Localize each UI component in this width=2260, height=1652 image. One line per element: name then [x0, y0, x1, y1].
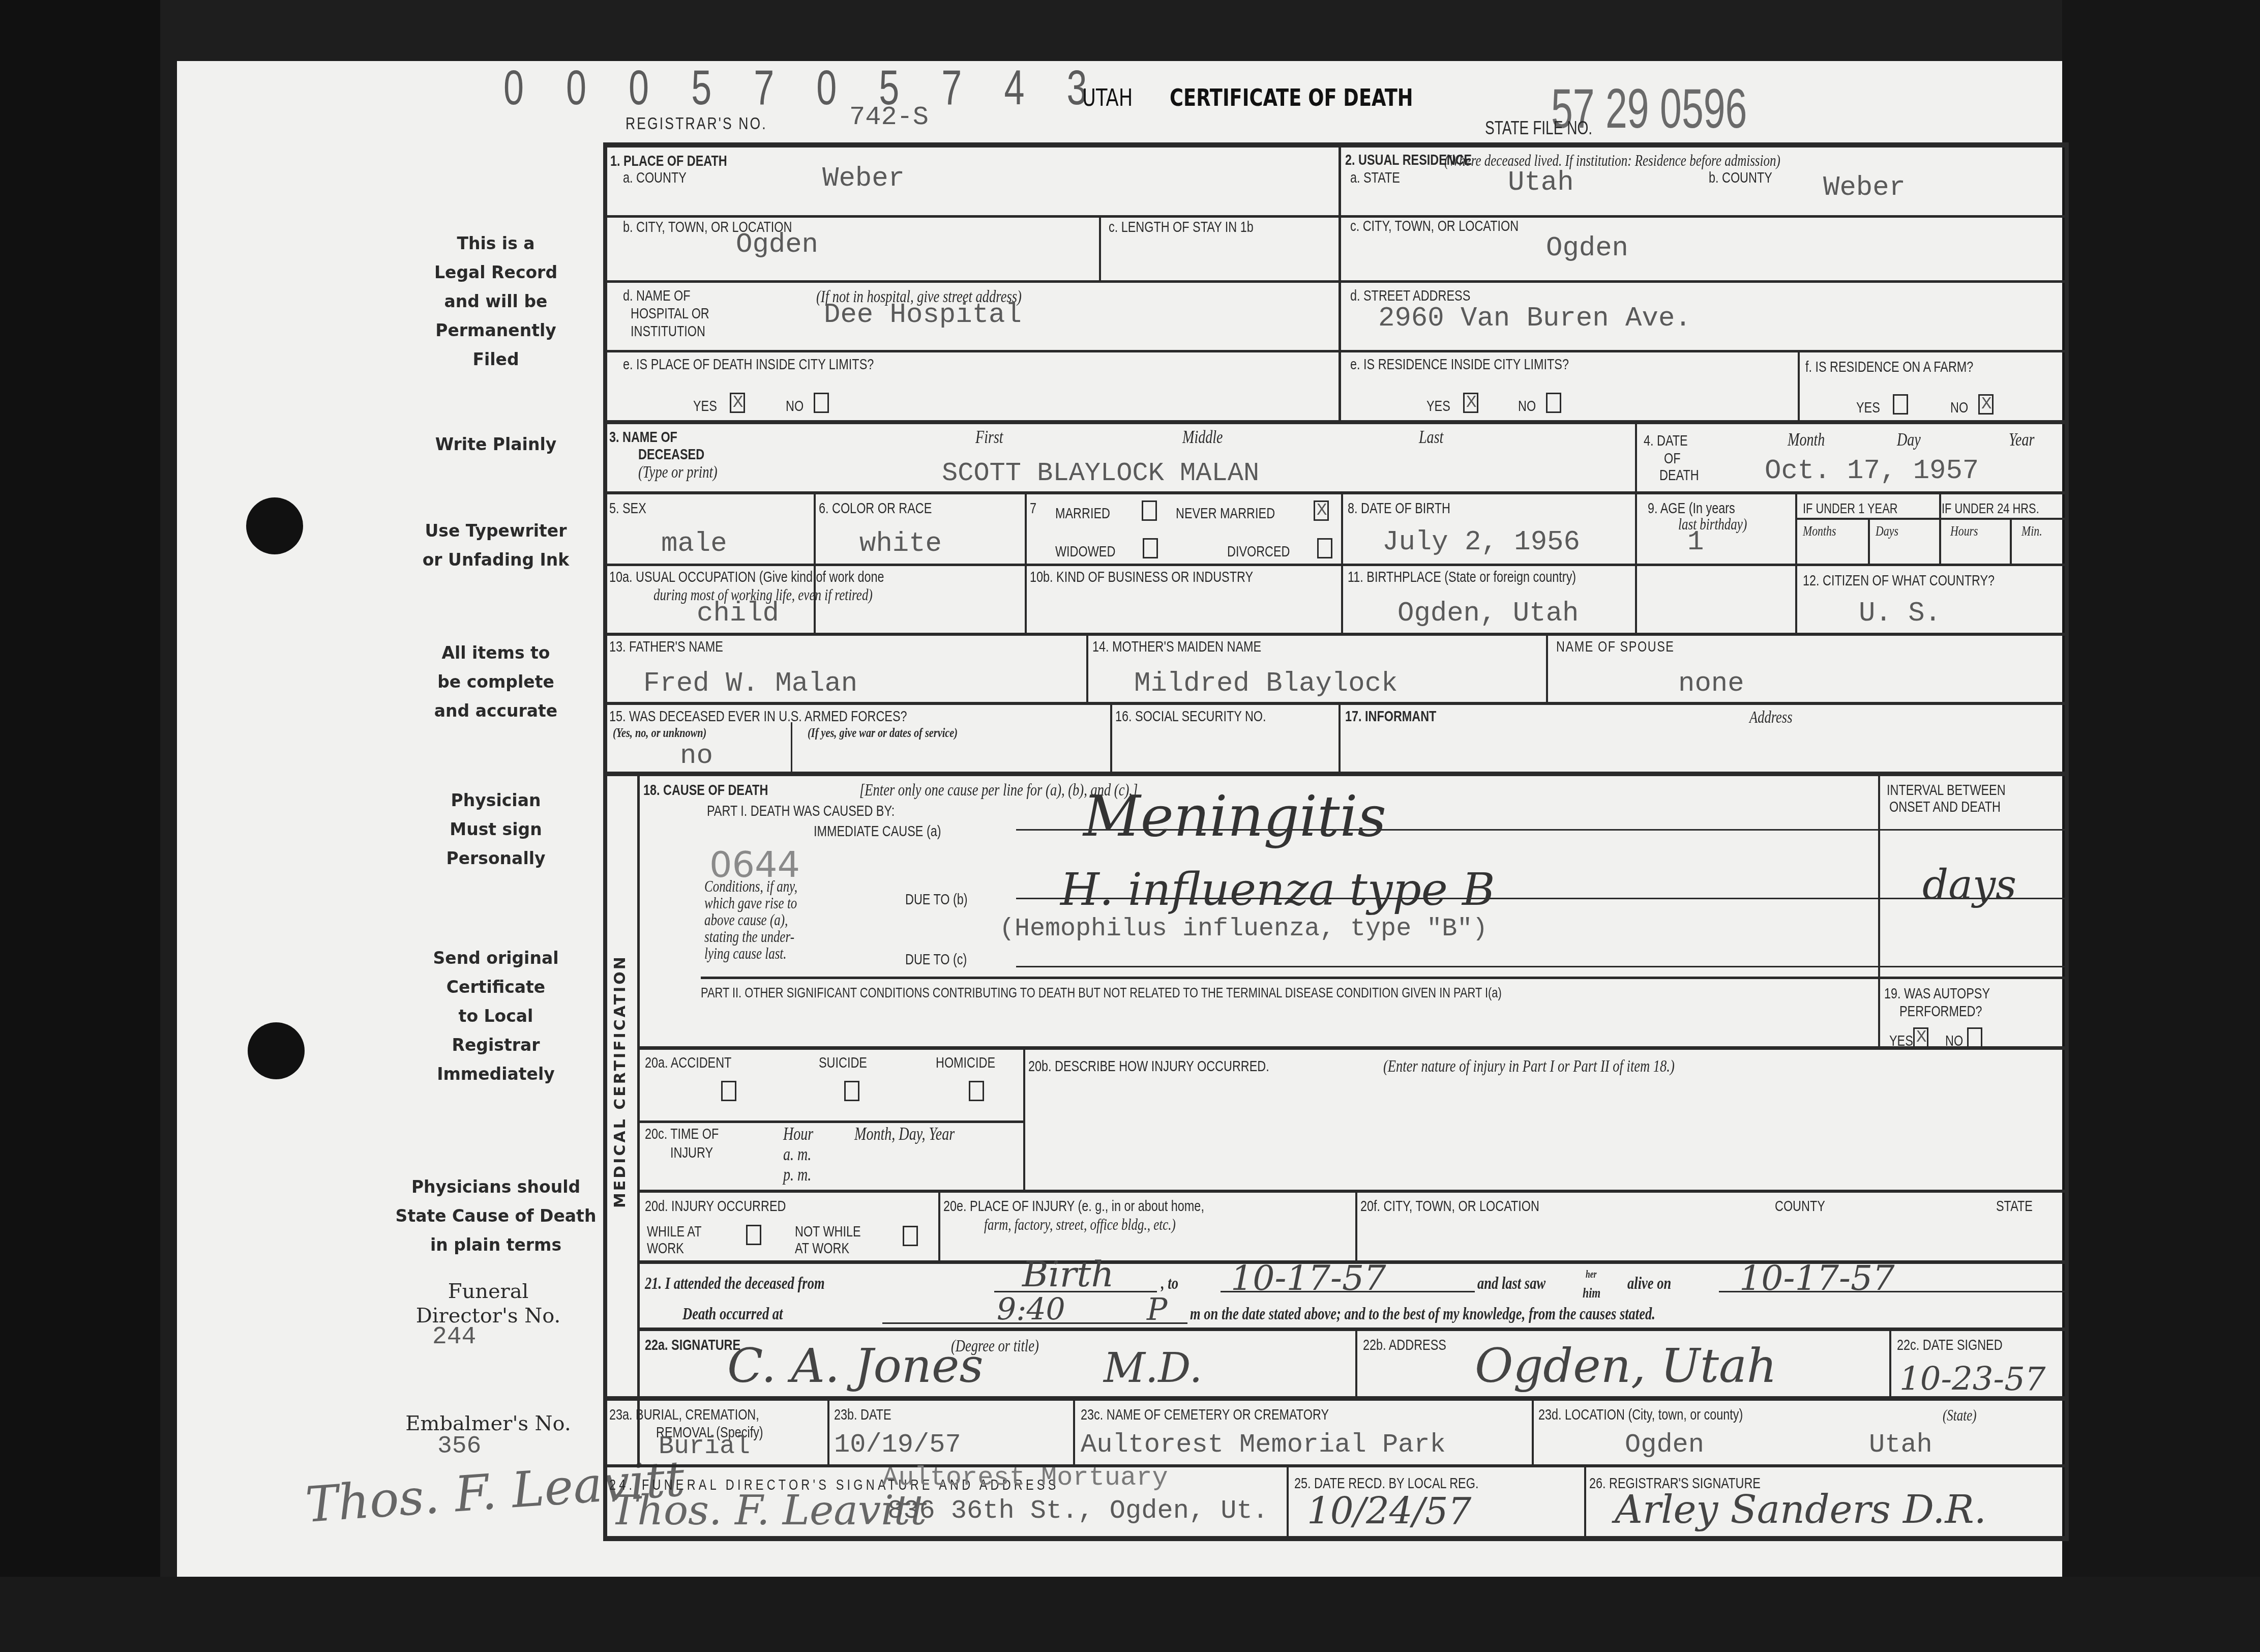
sex-label: 5. SEX	[609, 500, 646, 517]
yes-label: YES	[1889, 1032, 1913, 1049]
divider	[605, 215, 2067, 218]
mdy-label: Month, Day, Year	[854, 1124, 955, 1144]
business-label: 10b. KIND OF BUSINESS OR INDUSTRY	[1030, 569, 1253, 585]
death-inside-city-yes-checkbox[interactable]	[730, 393, 745, 413]
cemetery-label: 23c. NAME OF CEMETERY OR CREMATORY	[1081, 1406, 1329, 1423]
divider	[2010, 519, 2012, 565]
dob-label: 8. DATE OF BIRTH	[1348, 500, 1450, 517]
attended-from-value: Birth	[1022, 1256, 1114, 1292]
date-of-birth-value: July 2, 1956	[1382, 529, 1580, 556]
divider	[701, 977, 2067, 979]
death-statement: m on the date stated above; and to the b…	[1190, 1305, 1655, 1323]
divider	[605, 1396, 2067, 1401]
immediate-cause-label: IMMEDIATE CAUSE (a)	[814, 823, 941, 840]
res-county-label: b. COUNTY	[1709, 169, 1772, 186]
due-to-b-value: H. influenza type B	[1060, 867, 1495, 912]
physician-address: Ogden, Utah	[1475, 1343, 1777, 1390]
funeral-director-no-label: Funeral Director's No.	[386, 1279, 590, 1328]
spouse-value: none	[1678, 670, 1744, 698]
race-label: 6. COLOR OR RACE	[819, 500, 932, 517]
dod-label-2: OF	[1664, 450, 1681, 467]
place-of-death-label: 1. PLACE OF DEATH	[610, 153, 727, 169]
page-title: CERTIFICATE OF DEATH	[1170, 84, 1413, 111]
suicide-checkbox[interactable]	[844, 1081, 859, 1101]
medical-certification-label: MEDICAL CERTIFICATION	[611, 955, 629, 1208]
divider	[1099, 216, 1101, 281]
marital-label: 7	[1030, 500, 1036, 517]
divider	[1889, 1330, 1891, 1399]
death-ampm-value: P	[1147, 1294, 1167, 1325]
interval-label-2: ONSET AND DEATH	[1889, 799, 2001, 815]
homicide-checkbox[interactable]	[969, 1081, 984, 1101]
scan-border-left	[0, 0, 160, 1652]
place-of-injury-hint: farm, factory, street, office bldg., etc…	[984, 1216, 1176, 1233]
sex-value: male	[661, 530, 727, 558]
while-at-work-checkbox[interactable]	[746, 1225, 761, 1245]
never-married-label: NEVER MARRIED	[1176, 505, 1275, 522]
residence-inside-city-no-checkbox[interactable]	[1546, 393, 1561, 413]
margin-note: Use Typewriteror Unfading Ink	[376, 516, 615, 574]
margin-note: Write Plainly	[376, 430, 615, 459]
mother-value: Mildred Blaylock	[1134, 670, 1397, 698]
farm-no-checkbox[interactable]	[1978, 394, 1994, 415]
alive-on-value: 10-17-57	[1739, 1261, 1895, 1296]
informant-address-label: Address	[1749, 708, 1792, 727]
divider	[605, 564, 2067, 566]
citizen-label: 12. CITIZEN OF WHAT COUNTRY?	[1803, 572, 1995, 589]
pm-label: p. m.	[783, 1165, 811, 1185]
no-label: NO	[1950, 399, 1968, 416]
margin-note: Physicians shouldState Cause of Deathin …	[376, 1172, 615, 1259]
month-label: Month	[1788, 430, 1825, 450]
residence-state-value: Utah	[1508, 169, 1574, 197]
hospital-label-3: INSTITUTION	[631, 323, 705, 340]
injury-city-label: 20f. CITY, TOWN, OR LOCATION	[1360, 1198, 1539, 1215]
father-value: Fred W. Malan	[643, 670, 857, 698]
attended-label: 21. I attended the deceased from	[645, 1274, 825, 1293]
autopsy-label: 19. WAS AUTOPSY	[1884, 985, 1990, 1002]
usual-residence-hint: (Where deceased lived. If institution: R…	[1444, 152, 1780, 169]
divider	[1287, 1466, 1289, 1537]
her-label: her	[1586, 1269, 1597, 1280]
residence-county-value: Weber	[1823, 174, 1906, 202]
divider	[1798, 351, 1800, 422]
armed-forces-label: 15. WAS DECEASED EVER IN U.S. ARMED FORC…	[609, 708, 907, 725]
middle-label: Middle	[1182, 427, 1223, 448]
form-border-bottom	[603, 1536, 2068, 1541]
burial-label: 23a. BURIAL, CREMATION,	[609, 1406, 759, 1423]
farm-yes-checkbox[interactable]	[1893, 394, 1908, 415]
burial-value: Burial	[659, 1434, 750, 1460]
cause-c-line	[1016, 966, 2067, 967]
divider	[605, 702, 2067, 705]
divider	[605, 420, 2067, 424]
location-state-label: (State)	[1943, 1406, 1977, 1424]
divider	[1073, 1399, 1075, 1466]
farm-label: f. IS RESIDENCE ON A FARM?	[1805, 359, 1973, 375]
yes-label: YES	[1856, 399, 1880, 416]
accident-label: 20a. ACCIDENT	[645, 1054, 731, 1071]
under-24-hrs-label: IF UNDER 24 HRS.	[1942, 501, 2039, 517]
to-label: , to	[1161, 1274, 1178, 1293]
signature-label: 22a. SIGNATURE	[645, 1337, 740, 1353]
name-hint: (Type or print)	[638, 463, 718, 482]
occupation-label: 10a. USUAL OCCUPATION (Give kind of work…	[609, 569, 884, 585]
informant-label: 17. INFORMANT	[1345, 708, 1436, 725]
length-of-stay-label: c. LENGTH OF STAY IN 1b	[1109, 219, 1254, 235]
autopsy-label-2: PERFORMED?	[1899, 1003, 1982, 1020]
registrars-no-label: REGISTRAR'S NO.	[626, 114, 767, 133]
suicide-label: SUICIDE	[819, 1054, 867, 1071]
injury-occurred-label: 20d. INJURY OCCURRED	[645, 1198, 786, 1215]
race-value: white	[859, 530, 942, 558]
under-1-year-label: IF UNDER 1 YEAR	[1803, 501, 1897, 517]
funeral-director-address: 836 36th St., Ogden, Ut.	[887, 1498, 1268, 1524]
married-checkbox[interactable]	[1142, 500, 1157, 521]
armed-forces-hint-2: (If yes, give war or dates of service)	[808, 726, 958, 741]
divider	[605, 280, 2067, 283]
no-label: NO	[1518, 398, 1536, 415]
divider	[1868, 519, 1870, 565]
location-city-value: Ogden	[1625, 1432, 1704, 1458]
divider	[638, 1046, 2067, 1050]
divider	[938, 1191, 940, 1262]
date-of-death-value: Oct. 17, 1957	[1765, 458, 1979, 485]
no-label: NO	[1945, 1032, 1963, 1049]
margin-note: Send originalCertificateto LocalRegistra…	[376, 943, 615, 1088]
state-label: a. STATE	[1350, 169, 1400, 186]
date-signed-label: 22c. DATE SIGNED	[1897, 1337, 2003, 1353]
res-inside-city-label: e. IS RESIDENCE INSIDE CITY LIMITS?	[1350, 356, 1569, 373]
autopsy-yes-checkbox[interactable]	[1913, 1027, 1928, 1048]
father-label: 13. FATHER'S NAME	[609, 638, 723, 655]
street-address-value: 2960 Van Buren Ave.	[1378, 305, 1691, 333]
divider	[1635, 422, 1637, 634]
embalmer-no-value: 356	[437, 1434, 481, 1459]
margin-note: All items tobe completeand accurate	[376, 638, 615, 725]
last-saw-label: and last saw	[1477, 1274, 1545, 1293]
him-label: him	[1583, 1286, 1600, 1302]
accident-checkbox[interactable]	[721, 1081, 736, 1101]
cause-of-death-label: 18. CAUSE OF DEATH	[643, 782, 768, 799]
yes-label: YES	[1426, 398, 1450, 415]
homicide-label: HOMICIDE	[936, 1054, 995, 1071]
physician-signature: C. A. Jones	[727, 1343, 984, 1390]
widowed-label: WIDOWED	[1055, 543, 1115, 560]
divider	[638, 1190, 2067, 1193]
punch-hole	[248, 1022, 305, 1079]
divider	[1584, 1466, 1586, 1537]
name-label: 3. NAME OF	[609, 429, 677, 446]
state-file-no-label: STATE FILE NO.	[1485, 118, 1592, 138]
divider	[638, 1327, 2067, 1331]
margin-note: This is aLegal Recordand will bePermanen…	[376, 229, 615, 374]
divider	[605, 772, 2067, 776]
injury-describe-hint: (Enter nature of injury in Part I or Par…	[1383, 1057, 1675, 1076]
stamp-number: 0 0 0 5 7 0 5 7 4 3	[503, 60, 1103, 116]
divider	[1532, 1399, 1534, 1466]
form-border-top	[603, 142, 2068, 147]
registrar-signature: Arley Sanders D.R.	[1615, 1490, 1986, 1529]
months-label: Months	[1803, 524, 1836, 540]
hours-label: Hours	[1950, 524, 1978, 540]
funeral-director-no-value: 244	[432, 1325, 476, 1349]
autopsy-no-checkbox[interactable]	[1967, 1027, 1982, 1048]
armed-forces-value: no	[680, 743, 713, 770]
min-label: Min.	[2021, 524, 2042, 540]
occupation-value: child	[697, 600, 779, 628]
death-inside-city-no-checkbox[interactable]	[814, 393, 829, 413]
location-state-value: Utah	[1869, 1432, 1932, 1458]
death-time-value: 9:40	[997, 1294, 1065, 1325]
injury-state-label: STATE	[1996, 1198, 2033, 1215]
residence-inside-city-yes-checkbox[interactable]	[1463, 393, 1478, 413]
am-label: a. m.	[783, 1144, 811, 1165]
immediate-cause-value: Meningitis	[1083, 788, 1386, 844]
no-label: NO	[786, 398, 804, 415]
cemetery-value: Aultorest Memorial Park	[1081, 1432, 1446, 1458]
divider	[827, 1399, 829, 1466]
due-to-b-label: DUE TO (b)	[905, 891, 968, 908]
yes-label: YES	[693, 398, 717, 415]
days-label: Days	[1876, 524, 1898, 540]
citizen-value: U. S.	[1859, 600, 1941, 628]
year-label: Year	[2009, 430, 2034, 450]
alive-on-label: alive on	[1627, 1274, 1671, 1293]
day-label: Day	[1897, 430, 1921, 450]
margin-note: PhysicianMust signPersonally	[376, 786, 615, 873]
name-label-2: DECEASED	[638, 446, 704, 463]
embalmer-no-label: Embalmer's No.	[386, 1411, 590, 1436]
burial-date-value: 10/19/57	[834, 1432, 961, 1458]
divider	[605, 1464, 2067, 1467]
divider	[605, 491, 2067, 494]
burial-date-label: 23b. DATE	[834, 1406, 891, 1423]
physician-degree: M.D.	[1104, 1348, 1202, 1389]
death-city-value: Ogden	[736, 231, 818, 259]
death-occurred-label: Death occurred at	[682, 1305, 783, 1323]
not-while-label: NOT WHILE	[795, 1223, 861, 1240]
part1-label: PART I. DEATH WAS CAUSED BY:	[707, 803, 895, 819]
scan-border-right	[2062, 0, 2260, 1652]
widowed-checkbox[interactable]	[1143, 538, 1158, 558]
hour-label: Hour	[783, 1124, 813, 1144]
not-while-at-work-checkbox[interactable]	[903, 1226, 918, 1246]
funeral-director-signature: Thos. F. Leavitt	[610, 1490, 927, 1531]
while-at-work-label: WHILE AT	[647, 1223, 701, 1240]
title-state: UTAH	[1082, 84, 1133, 111]
due-to-c-label: DUE TO (c)	[905, 951, 967, 968]
punch-hole	[246, 497, 303, 554]
time-of-injury-label: 20c. TIME OF	[645, 1126, 719, 1142]
divider	[637, 774, 640, 1466]
divider	[1546, 635, 1548, 703]
mother-label: 14. MOTHER'S MAIDEN NAME	[1092, 638, 1261, 655]
date-recd-value: 10/24/57	[1307, 1493, 1471, 1529]
first-label: First	[975, 427, 1003, 448]
due-to-b-typed: (Hemophilus influenza, type "B")	[999, 917, 1488, 942]
divider	[1796, 518, 2067, 520]
date-signed-value: 10-23-57	[1899, 1363, 2046, 1396]
dod-label-3: DEATH	[1659, 467, 1699, 484]
county-label: a. COUNTY	[623, 169, 687, 186]
divider	[1086, 635, 1088, 703]
divider	[1339, 145, 1341, 422]
divider	[1939, 493, 1941, 565]
while-at-work-label-2: WORK	[647, 1240, 684, 1257]
death-county-value: Weber	[822, 165, 905, 193]
street-label: d. STREET ADDRESS	[1350, 287, 1470, 304]
age-value: 1	[1687, 529, 1704, 556]
res-city-label: c. CITY, TOWN, OR LOCATION	[1350, 218, 1519, 234]
time-of-injury-label-2: INJURY	[670, 1144, 713, 1161]
divider	[605, 633, 2067, 636]
injury-county-label: COUNTY	[1775, 1198, 1825, 1215]
birthplace-label: 11. BIRTHPLACE (State or foreign country…	[1348, 569, 1576, 585]
scan-border-bottom	[0, 1577, 2260, 1652]
interval-value: days	[1922, 865, 2016, 905]
divorced-label: DIVORCED	[1227, 543, 1290, 560]
part2-label: PART II. OTHER SIGNIFICANT CONDITIONS CO…	[701, 985, 1502, 1001]
divider	[1110, 703, 1112, 774]
ssn-label: 16. SOCIAL SECURITY NO.	[1115, 708, 1266, 725]
hospital-label: d. NAME OF	[623, 287, 691, 304]
registrars-no-value: 742-S	[849, 104, 929, 131]
attended-to-value: 10-17-57	[1231, 1261, 1386, 1296]
hospital-label-2: HOSPITAL OR	[631, 305, 709, 322]
married-label: MARRIED	[1055, 505, 1110, 522]
divider	[1023, 1048, 1025, 1192]
location-label: 23d. LOCATION (City, town, or county)	[1538, 1406, 1743, 1423]
place-of-injury-label: 20e. PLACE OF INJURY (e. g., in or about…	[943, 1198, 1204, 1215]
injury-describe-label: 20b. DESCRIBE HOW INJURY OCCURRED.	[1028, 1058, 1269, 1075]
spouse-label: NAME OF SPOUSE	[1556, 638, 1674, 655]
deceased-name-value: SCOTT BLAYLOCK MALAN	[942, 460, 1259, 487]
last-label: Last	[1419, 427, 1443, 448]
divider	[1878, 774, 1880, 1048]
birthplace-value: Ogden, Utah	[1397, 600, 1579, 628]
hospital-value: Dee Hospital	[824, 302, 1022, 329]
divorced-checkbox[interactable]	[1317, 538, 1332, 558]
armed-forces-hint-1: (Yes, no, or unknown)	[613, 726, 706, 741]
not-while-label-2: AT WORK	[795, 1240, 849, 1257]
divider	[791, 722, 792, 773]
interval-label: INTERVAL BETWEEN	[1887, 782, 2006, 799]
address-label: 22b. ADDRESS	[1363, 1337, 1446, 1353]
divider	[1355, 1330, 1357, 1399]
divider	[605, 350, 2067, 352]
divider	[1339, 703, 1341, 774]
divider	[638, 1120, 1025, 1123]
divider	[1355, 1191, 1357, 1262]
never-married-checkbox[interactable]	[1314, 500, 1329, 521]
inside-city-label: e. IS PLACE OF DEATH INSIDE CITY LIMITS?	[623, 356, 874, 373]
residence-city-value: Ogden	[1546, 235, 1628, 262]
dod-label: 4. DATE	[1644, 432, 1688, 449]
